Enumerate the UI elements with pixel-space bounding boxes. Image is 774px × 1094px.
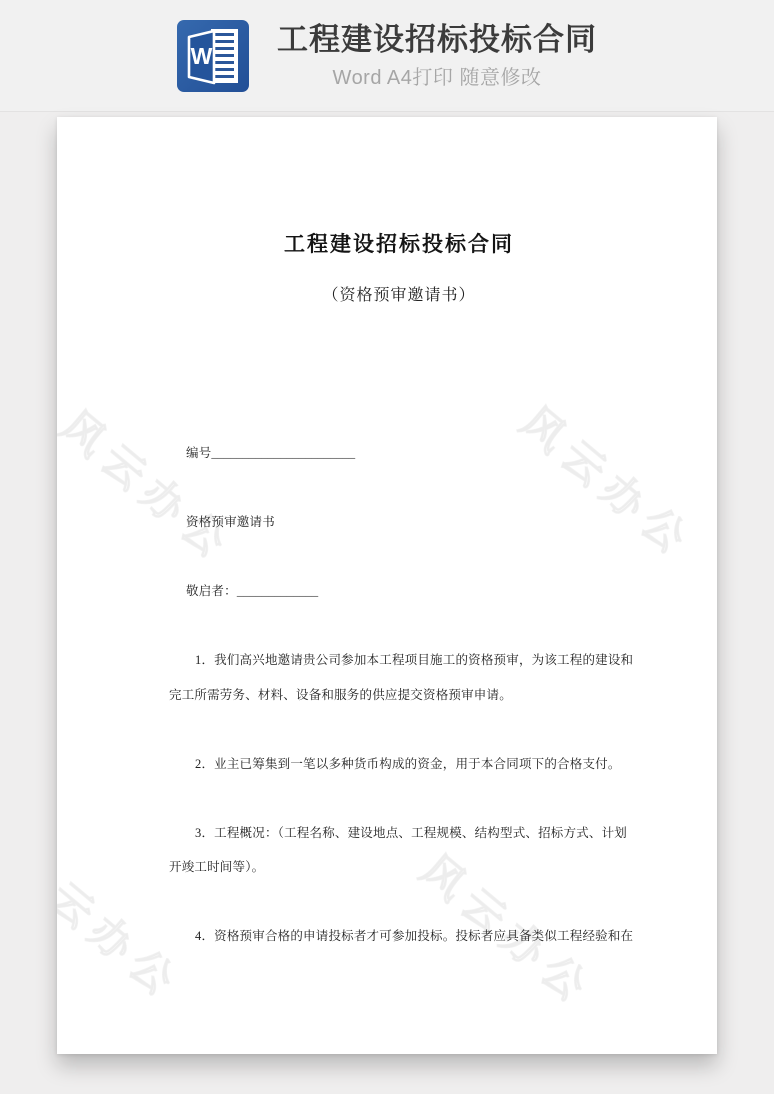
svg-text:W: W <box>191 43 213 69</box>
paragraph-3-line-1: 3．工程概况：（工程名称、建设地点、工程规模、结构型式、招标方式、计划 <box>169 816 629 851</box>
paragraph-2-line-1: 2．业主已筹集到一笔以多种货币构成的资金，用于本合同项下的合格支付。 <box>169 747 629 782</box>
template-title: 工程建设招标投标合同 <box>277 22 597 58</box>
watermark-text: 风云办公 <box>57 395 248 575</box>
document-subtitle: （资格预审邀请书） <box>169 285 629 307</box>
number-line: 编号_______________________ <box>169 436 629 471</box>
header-text-block: 工程建设招标投标合同 Word A4打印 随意修改 <box>277 22 597 90</box>
template-subtitle: Word A4打印 随意修改 <box>333 61 542 90</box>
paragraph-1: 1．我们高兴地邀请贵公司参加本工程项目施工的资格预审，为该工程的建设和 完工所需… <box>169 643 629 712</box>
document-page: 风云办公 风云办公 风云办公 风云办公 工程建设招标投标合同 （资格预审邀请书）… <box>57 117 717 1054</box>
paragraph-2: 2．业主已筹集到一笔以多种货币构成的资金，用于本合同项下的合格支付。 <box>169 747 629 782</box>
paragraph-3: 3．工程概况：（工程名称、建设地点、工程规模、结构型式、招标方式、计划 开竣工时… <box>169 816 629 885</box>
watermark-text: 风云办公 <box>510 391 708 571</box>
section-heading: 资格预审邀请书 <box>169 505 629 540</box>
salutation-blank-underline: _____________ <box>237 584 318 598</box>
paragraph-4: 4．资格预审合格的申请投标者才可参加投标。投标者应具备类似工程经验和在 <box>169 919 629 954</box>
header-banner: W 工程建设招标投标合同 Word A4打印 随意修改 <box>0 0 774 112</box>
word-icon: W <box>177 20 249 92</box>
salutation-line: 敬启者：_____________ <box>169 574 629 609</box>
paragraph-3-line-2: 开竣工时间等）。 <box>169 850 629 885</box>
number-label: 编号 <box>186 446 211 460</box>
paragraph-1-line-2: 完工所需劳务、材料、设备和服务的供应提交资格预审申请。 <box>169 678 629 713</box>
paragraph-4-line-1: 4．资格预审合格的申请投标者才可参加投标。投标者应具备类似工程经验和在 <box>169 919 629 954</box>
paragraph-1-line-1: 1．我们高兴地邀请贵公司参加本工程项目施工的资格预审，为该工程的建设和 <box>169 643 629 678</box>
document-title: 工程建设招标投标合同 <box>169 229 629 259</box>
number-blank-underline: _______________________ <box>211 446 355 460</box>
salutation-label: 敬启者： <box>186 584 237 598</box>
